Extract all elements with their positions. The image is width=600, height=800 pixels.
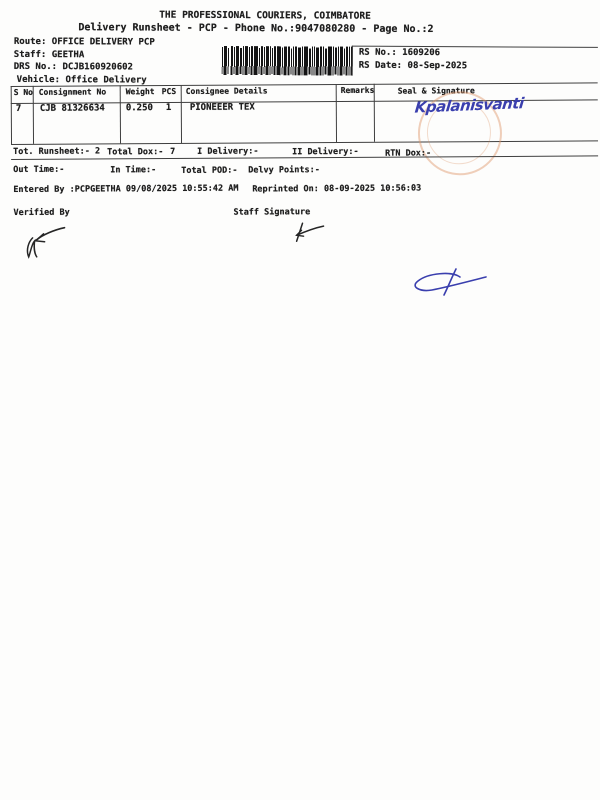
table-border-weight [181, 85, 182, 143]
cell-s-no: 7 [16, 105, 21, 114]
document-body: S No Consignment No Weight PCS Consignee… [0, 0, 600, 800]
col-header-pcs: PCS [162, 88, 177, 96]
seal-signature-handwriting: Kpalanisvanti [414, 94, 525, 117]
verified-by-ink-mark pen-check-icon [21, 224, 69, 260]
table-top-line [11, 82, 598, 87]
col-header-consignee-details: Consignee Details [186, 87, 268, 96]
cell-pcs: 1 [166, 104, 171, 113]
entered-by-line: Entered By :PCPGEETHA 09/08/2025 10:55:4… [13, 184, 238, 194]
reprinted-on-line: Reprinted On: 08-09-2025 10:56:03 [252, 184, 421, 194]
cell-weight: 0.250 [126, 104, 153, 113]
col-header-s-no: S No [14, 89, 33, 97]
total-dox-value: 7 [170, 147, 175, 156]
staff-signature-label: Staff Signature [233, 208, 310, 217]
in-time: In Time:- [110, 166, 156, 175]
cell-consignment-no: CJB 81326634 [40, 104, 105, 113]
staff-signature-ink-mark pen-check-icon [290, 222, 326, 248]
out-time: Out Time:- [13, 166, 64, 175]
cell-consignee-details: PIONEEER TEX [190, 104, 255, 113]
total-pod: Total POD:- [181, 166, 237, 175]
table-border-consignment [120, 85, 121, 143]
courier-ink-scribble pen-scribble-icon [408, 265, 490, 305]
table-border-consignee [336, 84, 337, 142]
i-delivery: I Delivery:- [197, 147, 258, 156]
total-dox-label: Total Dox:- [107, 148, 163, 157]
verified-by-label: Verified By [13, 208, 69, 217]
col-header-consignment-no: Consignment No [39, 88, 106, 96]
col-header-remarks: Remarks [341, 87, 375, 95]
delvy-points: Delvy Points:- [248, 166, 320, 175]
col-header-weight: Weight [126, 88, 155, 96]
table-border-left [11, 86, 12, 144]
table-bottom-line [11, 140, 598, 145]
tot-runsheet: Tot. Runsheet:- 2 [13, 147, 100, 156]
runsheet-document-page: THE PROFESSIONAL COURIERS, COIMBATORE De… [0, 0, 600, 800]
